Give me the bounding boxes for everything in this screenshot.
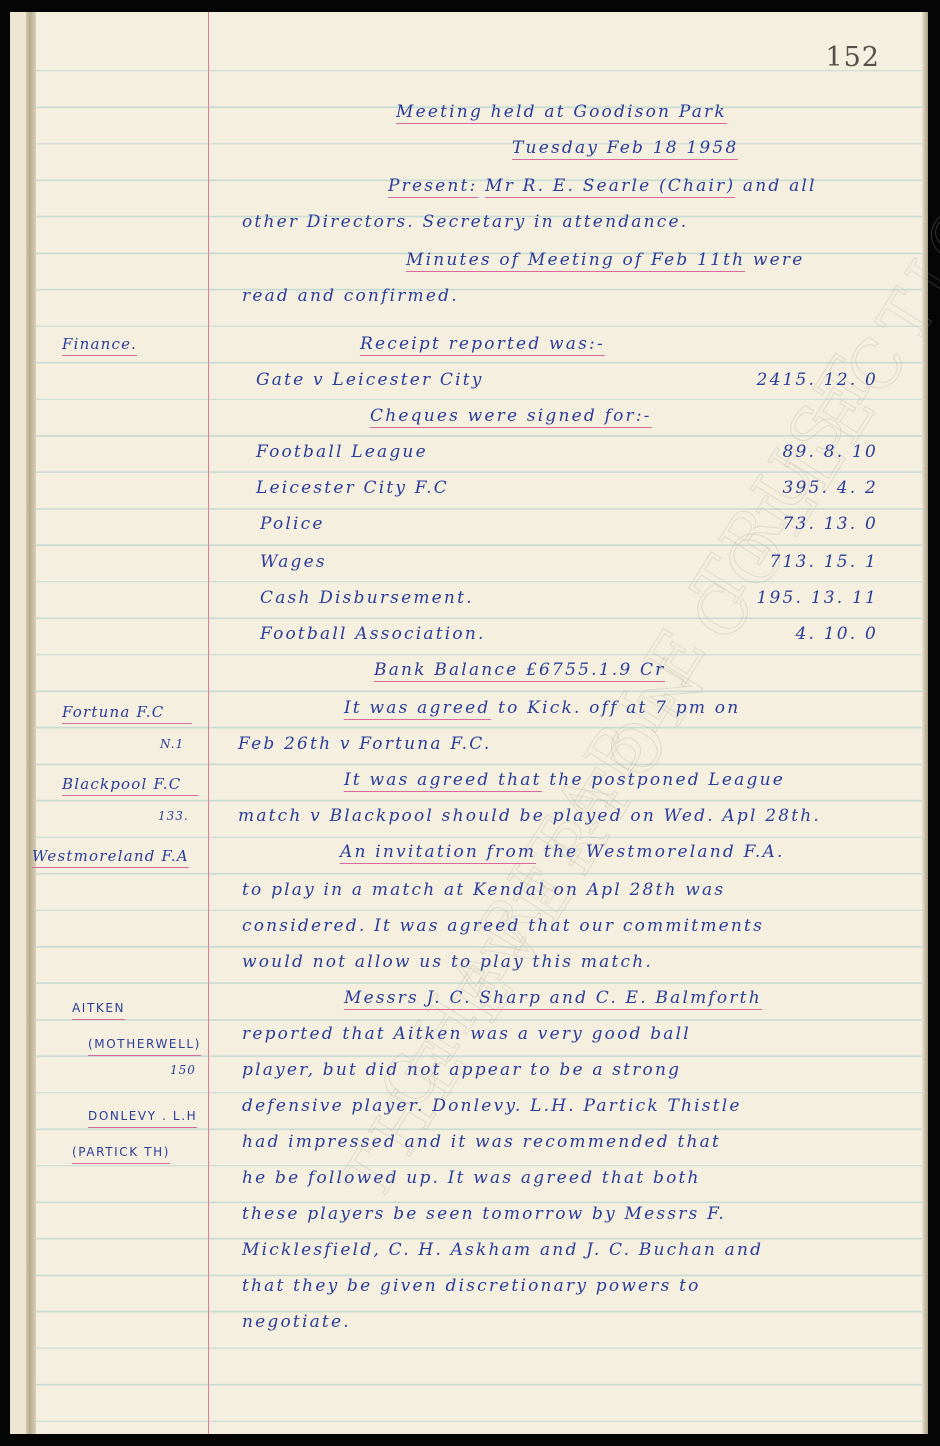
directors-line: other Directors. Secretary in attendance… <box>242 212 688 232</box>
westmoreland-rest: the Westmoreland F.A. <box>536 842 784 862</box>
margin-rule-line <box>208 12 209 1434</box>
cheque-label: Football League <box>256 442 428 462</box>
cheque-label: Cash Disbursement. <box>260 588 474 608</box>
cheque-label: Leicester City F.C <box>256 478 449 498</box>
receipt-amount: 2415. 12. 0 <box>738 370 878 390</box>
minutes-line: Minutes of Meeting of Feb 11th were <box>406 250 804 270</box>
meeting-date: Tuesday Feb 18 1958 <box>512 138 738 160</box>
margin-note-aitken: AITKEN <box>72 998 125 1020</box>
westmoreland-minute-line4: would not allow us to play this match. <box>242 952 653 972</box>
blackpool-rest: the postponed League <box>542 770 785 790</box>
receipt-heading: Receipt reported was:- <box>360 334 605 356</box>
scouting-minute-line8: Micklesfield, C. H. Askham and J. C. Buc… <box>242 1240 763 1260</box>
westmoreland-minute-line1: An invitation from the Westmoreland F.A. <box>340 842 785 862</box>
margin-note-motherwell: (MOTHERWELL) <box>88 1034 201 1056</box>
cheques-heading: Cheques were signed for:- <box>370 406 652 428</box>
cheque-amount: 4. 10. 0 <box>738 624 878 644</box>
scouting-minute-line7: these players be seen tomorrow by Messrs… <box>242 1204 726 1224</box>
scouting-minute-line3: player, but did not appear to be a stron… <box>242 1060 681 1080</box>
cheque-label: Wages <box>260 552 327 572</box>
minutes-rest: were <box>745 250 804 270</box>
scouting-minute-line2: reported that Aitken was a very good bal… <box>242 1024 691 1044</box>
present-chair: Mr R. E. Searle (Chair) <box>485 176 735 198</box>
margin-note-westmoreland: Westmoreland F.A <box>32 846 189 868</box>
cheque-amount: 89. 8. 10 <box>738 442 878 462</box>
blackpool-minute-line2: match v Blackpool should be played on We… <box>238 806 821 826</box>
westmoreland-minute-line3: considered. It was agreed that our commi… <box>242 916 764 936</box>
scouting-minute-line4: defensive player. Donlevy. L.H. Partick … <box>242 1096 742 1116</box>
scouting-minute-line10: negotiate. <box>242 1312 351 1332</box>
page-number: 152 <box>825 42 880 73</box>
page-edge <box>922 12 928 1434</box>
margin-note-blackpool: Blackpool F.C <box>62 774 198 796</box>
present-rest: and all <box>735 176 816 196</box>
cheque-amount: 195. 13. 11 <box>738 588 878 608</box>
present-line: Present: Mr R. E. Searle (Chair) and all <box>388 176 817 196</box>
cheque-amount: 713. 15. 1 <box>738 552 878 572</box>
minutes-label: Minutes of Meeting of Feb 11th <box>406 250 745 272</box>
margin-note-blackpool-ref: 133. <box>158 806 189 826</box>
confirmed-line: read and confirmed. <box>242 286 459 306</box>
fortuna-minute-line1: It was agreed to Kick. off at 7 pm on <box>344 698 740 718</box>
westmoreland-minute-line2: to play in a match at Kendal on Apl 28th… <box>242 880 725 900</box>
margin-note-fortuna: Fortuna F.C <box>62 702 192 724</box>
margin-note-fortuna-ref: N.1 <box>160 734 184 754</box>
scouting-minute-line5: had impressed and it was recommended tha… <box>242 1132 721 1152</box>
margin-note-finance: Finance. <box>62 334 137 356</box>
cheque-amount: 73. 13. 0 <box>738 514 878 534</box>
scouting-minute-line1: Messrs J. C. Sharp and C. E. Balmforth <box>344 988 762 1010</box>
fortuna-rest: to Kick. off at 7 pm on <box>491 698 741 718</box>
westmoreland-underlined: An invitation from <box>340 842 536 864</box>
cheque-amount: 395. 4. 2 <box>738 478 878 498</box>
ledger-page: THE EVERTON COLLECTION CHARITABLE TRUST … <box>10 12 928 1434</box>
cheque-label: Police <box>260 514 325 534</box>
fortuna-underlined: It was agreed <box>344 698 491 720</box>
bank-balance: Bank Balance £6755.1.9 Cr <box>374 660 665 682</box>
blackpool-underlined: It was agreed that <box>344 770 542 792</box>
binding-gutter <box>26 12 36 1434</box>
margin-note-partick: (PARTICK TH) <box>72 1142 170 1164</box>
present-label: Present: <box>388 176 478 198</box>
cheque-label: Football Association. <box>260 624 486 644</box>
meeting-title: Meeting held at Goodison Park <box>396 102 727 124</box>
margin-note-donlevy: DONLEVY . L.H <box>88 1106 197 1128</box>
margin-note-aitken-ref: 150 <box>170 1060 196 1080</box>
scouting-minute-line6: he be followed up. It was agreed that bo… <box>242 1168 701 1188</box>
scouting-minute-line9: that they be given discretionary powers … <box>242 1276 701 1296</box>
blackpool-minute-line1: It was agreed that the postponed League <box>344 770 785 790</box>
page-gutter-left <box>10 12 26 1434</box>
fortuna-minute-line2: Feb 26th v Fortuna F.C. <box>238 734 492 754</box>
receipt-label: Gate v Leicester City <box>256 370 484 390</box>
